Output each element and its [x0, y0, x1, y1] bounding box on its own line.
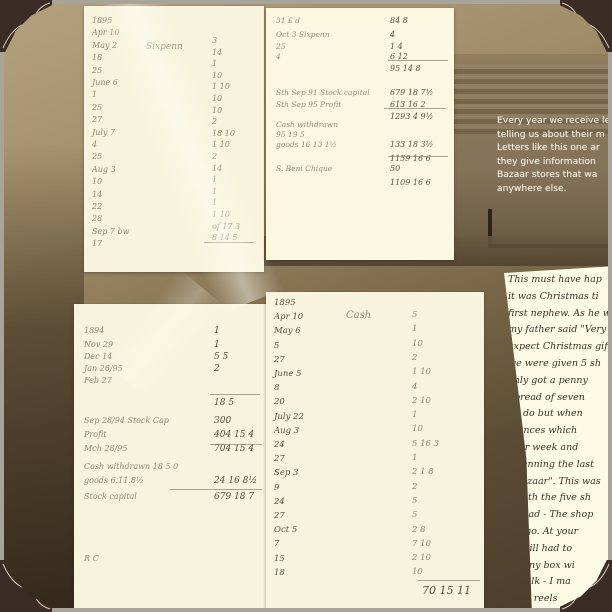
ledger-label: Cash withdrawn [276, 120, 338, 129]
ledger-amount: 1 10 [212, 82, 230, 91]
ledger-amount: 3 [212, 36, 217, 45]
ledger-amount: 300 [214, 416, 231, 426]
ledger-amount: 404 15 4 [214, 430, 254, 440]
ledger-amount: 679 18 7 [214, 492, 254, 502]
ledger-amount: 5 5 [214, 352, 228, 362]
total-rule [418, 580, 480, 581]
ledger-amount: 1109 16 6 [390, 178, 431, 187]
ledger-date: 25 [92, 103, 102, 112]
ledger-amount: 704 15 4 [214, 444, 254, 454]
letter-line: per week and [513, 442, 578, 453]
ledger-amount: 5 [412, 496, 417, 506]
ledger-amount: 2 [412, 353, 417, 363]
placard-line: they give information [497, 155, 608, 169]
ledger-amount: 1 [212, 187, 217, 196]
ledger-amount: 50 [390, 164, 400, 173]
ledger-date: Aug 3 [92, 165, 116, 174]
letter-line: 3 reels [525, 593, 558, 604]
ledger-amount: 4 [412, 382, 417, 392]
placard-line: Every year we receive le [497, 114, 608, 128]
ledger-date: July 22 [274, 412, 304, 422]
ledger-amount: 10 [412, 339, 423, 349]
ledger-date: June 6 [92, 78, 118, 87]
ledger-date: 18 [274, 568, 285, 578]
ledger-date: 1895 [274, 298, 296, 308]
ledger-amount: 1 [212, 198, 217, 207]
ledger-label: 1894 [84, 326, 104, 335]
ledger-date: 27 [274, 511, 285, 521]
heading: Cash [346, 310, 371, 321]
letter-line: only got a penny [508, 375, 588, 386]
placard-line: anywhere else. [497, 182, 608, 196]
ledger-date: July 7 [92, 128, 115, 137]
ledger-label: Mch 28/95 [84, 444, 127, 453]
shadow [4, 144, 84, 608]
letter-line: it was Christmas ti [508, 291, 599, 302]
photo: Every year we receive le telling us abou… [4, 4, 608, 608]
ledger-amount: 10 [212, 106, 222, 115]
ledger-amount: 1 10 [212, 210, 230, 219]
letter-line: road - The shop [518, 509, 593, 520]
ledger-date: Sep 7 bw [92, 227, 129, 236]
ledger-amount: 5 16 3 [412, 439, 439, 449]
ledger-date: 20 [274, 397, 285, 407]
ledger-amount: 18 5 [214, 398, 234, 408]
ledger-label: goods 6.11.8½ [84, 476, 144, 485]
ledger-amount: 84 8 [390, 16, 408, 25]
ledger-date: 1 [92, 90, 97, 99]
ledger-label: 95 19 5 [276, 130, 305, 139]
ledger-label: goods 16 13 1½ [276, 140, 337, 149]
letter-line: still had to [521, 543, 572, 554]
ledger-date: June 5 [274, 369, 302, 379]
ledger-amount: 2 [412, 482, 417, 492]
ledger-date: 7 [274, 539, 279, 549]
letter-line: spread of seven [509, 392, 585, 403]
ledger-amount: 10 [212, 71, 222, 80]
ledger-date: Apr 10 [92, 28, 119, 37]
ledger-amount: 10 [412, 567, 423, 577]
ledger-amount: 1 [212, 175, 217, 184]
ledger-date: 1895 [92, 16, 112, 25]
ledger-date: 18 [92, 53, 102, 62]
ledger-date: 5 [274, 341, 279, 351]
ledger-date: 15 [274, 554, 285, 564]
ledger-amount: 8 14 5 [212, 233, 237, 242]
ledger-date: 25 [92, 66, 102, 75]
handwritten-letter: This must have hapit was Christmas tifir… [504, 266, 608, 608]
ledger-amount: 7 10 [412, 539, 431, 549]
letter-line: expect Christmas gift [508, 341, 608, 352]
total: 70 15 11 [422, 584, 471, 597]
ledger-amount: of 17 3 [212, 222, 240, 231]
placard-line: Bazaar stores that wa [497, 168, 608, 182]
ledger-date: 8 [274, 383, 279, 393]
letter-line: we were given 5 sh [508, 358, 601, 369]
letter-line: ago. At your [520, 526, 579, 537]
ledger-date: 27 [274, 355, 285, 365]
ledger-amount: 1 [412, 324, 417, 334]
letter-line: tiny box wi [522, 560, 575, 571]
ledger-amount: 18 10 [212, 129, 235, 138]
ledger-date: Aug 3 [274, 426, 299, 436]
letter-line: bazaar". This was [516, 476, 601, 487]
ledger-amount: 679 18 7½ [390, 88, 433, 97]
ledger-amount: 10 [412, 424, 423, 434]
ledger-label: S. Beni Chique [276, 164, 332, 173]
ledger-amount: 2 10 [412, 396, 431, 406]
ledger-amount: 95 14 8 [390, 64, 421, 73]
ledger-amount: 1 4 [390, 42, 403, 51]
placard-line: Letters like this one ar [497, 141, 608, 155]
ledger-label: 31 £ d [276, 16, 300, 25]
ledger-amount: 1 10 [212, 140, 230, 149]
ledger-date: 10 [92, 177, 102, 186]
ledger-date: 17 [92, 239, 102, 248]
ledger-date: May 2 [92, 41, 117, 50]
ledger-amount: 133 18 3½ [390, 140, 433, 149]
ledger-date: Sep 3 [274, 468, 298, 478]
ledger-label: Stock capital [84, 492, 137, 501]
letter-line: with the five sh [517, 492, 591, 503]
ledger-amount: 24 16 8½ [214, 476, 257, 486]
ledger-label: Sth Sep 91 Stock capital [276, 88, 370, 97]
ledger-amount: 2 10 [412, 553, 431, 563]
ledger-amount: 1 [212, 59, 217, 68]
ledger-amount: 2 [214, 364, 220, 374]
ledger-top-left-page: Sixpenn 1895Apr 10May 21825June 612527Ju… [84, 6, 264, 272]
ledger-top-right-page: 31 £ d84 8Oct 3 Sixpenn4251 446 1295 14 … [266, 8, 454, 260]
letter-line: silk - I ma [523, 576, 570, 587]
ledger-amount: 1 10 [412, 367, 431, 377]
ledger-amount: 5 [412, 510, 417, 520]
ledger-bottom-right-page: Cash 1895Apr 10May 6527June 5820July 22A… [266, 292, 484, 608]
placard-line: telling us about their m [497, 128, 608, 142]
ledger-date: 25 [92, 152, 102, 161]
ledger-amount: 1 [412, 453, 417, 463]
ledger-date: 28 [92, 214, 102, 223]
ledger-amount: 2 8 [412, 525, 426, 535]
sum-rule [384, 108, 446, 109]
letter-line: to do but when [510, 408, 582, 419]
ledger-amount: 14 [212, 164, 222, 173]
total-rule [204, 242, 254, 243]
ledger-label: 25 [276, 42, 286, 51]
ledger-date: May 6 [274, 326, 301, 336]
ledger-amount: 1 [214, 340, 220, 350]
letter-line: Denning the last [514, 459, 594, 470]
ledger-bottom-left-page: 18941Nov 291Dec 145 5Jan 26/952Feb 2718 … [74, 304, 266, 608]
ledger-date: Apr 10 [274, 312, 303, 322]
ledger-date: 4 [92, 140, 97, 149]
letter-line: This must have hap [508, 274, 602, 285]
ledger-date: 22 [92, 202, 102, 211]
ledger-date: 9 [274, 483, 279, 493]
ledger-label: Cash withdrawn 18 5 0 [84, 462, 178, 471]
ledger-amount: 2 1 8 [412, 467, 434, 477]
ledger-label: Feb 27 [84, 376, 112, 385]
ledger-amount: 2 [212, 117, 217, 126]
letter-line: my father said "Very [508, 324, 606, 335]
ledger-amount: 4 [390, 30, 395, 39]
sum-rule [388, 60, 448, 61]
ledger-date: 27 [92, 115, 102, 124]
ledger-date: 24 [274, 440, 285, 450]
ledger-date: Oct 5 [274, 525, 297, 535]
letter-line: first nephew. As he wa [508, 308, 608, 319]
sum-rule [210, 394, 260, 395]
ledger-label: Jan 26/95 [84, 364, 123, 373]
placard-text: Every year we receive le telling us abou… [497, 114, 608, 195]
ledger-date: 27 [274, 454, 285, 464]
ledger-amount: 14 [212, 48, 222, 57]
ledger-label: Nov 29 [84, 340, 113, 349]
ledger-date: 24 [274, 497, 285, 507]
ledger-label: R C [84, 554, 99, 563]
ledger-label: Dec 14 [84, 352, 112, 361]
ledger-date: 14 [92, 190, 102, 199]
ledger-amount: 1 [214, 326, 220, 336]
letter-line: dances which [512, 425, 577, 436]
ledger-label: Profit [84, 430, 107, 439]
ledger-label: Sep 28/94 Stock Cap [84, 416, 169, 425]
ledger-amount: 1293 4 9½ [390, 112, 433, 121]
heading: Sixpenn [146, 42, 183, 52]
ledger-label: Oct 3 Sixpenn [276, 30, 330, 39]
ledger-label: 4 [276, 52, 281, 61]
sum-rule [170, 489, 262, 490]
ledger-amount: 1 [412, 410, 417, 420]
sum-rule [388, 156, 448, 157]
sum-rule [210, 444, 262, 445]
ledger-amount: 10 [212, 94, 222, 103]
ledger-amount: 5 [412, 310, 417, 320]
ledger-amount: 2 [212, 152, 217, 161]
ledger-label: Sth Sep 95 Profit [276, 100, 341, 109]
